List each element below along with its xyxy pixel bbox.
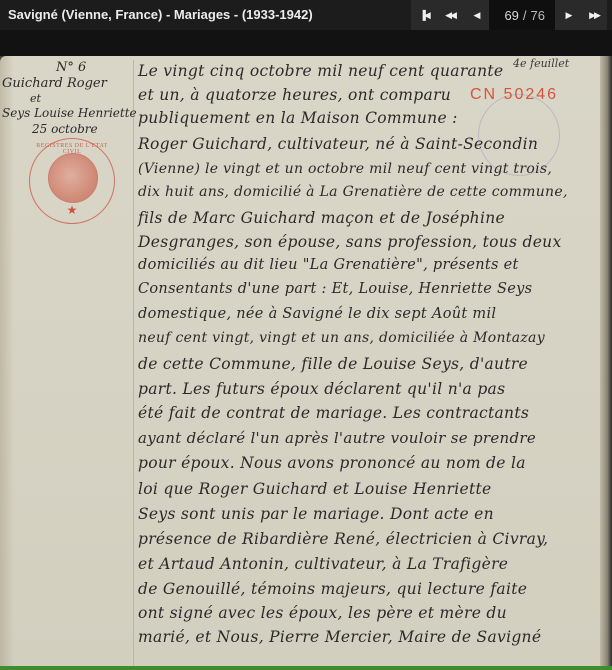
text-line: et Artaud Antonin, cultivateur, à La Tra… bbox=[138, 555, 508, 573]
text-line: loi que Roger Guichard et Louise Henriet… bbox=[138, 480, 492, 498]
text-line: Desgranges, son épouse, sans profession,… bbox=[138, 233, 562, 251]
previous-page-button[interactable]: ◀ bbox=[463, 0, 489, 30]
text-line: part. Les futurs époux déclarent qu'il n… bbox=[138, 380, 505, 398]
text-line: publiquement en la Maison Commune : bbox=[138, 109, 458, 127]
stamp-number: CN 50246 bbox=[470, 86, 558, 104]
text-line: Consentants d'une part : Et, Louise, Hen… bbox=[138, 281, 532, 297]
civil-registry-seal: REGISTRES DE L'ETAT CIVIL ★ bbox=[29, 138, 115, 224]
viewer-background bbox=[0, 30, 612, 56]
text-line: Roger Guichard, cultivateur, né à Saint-… bbox=[138, 135, 538, 153]
star-icon: ★ bbox=[30, 203, 114, 217]
text-line: Le vingt cinq octobre mil neuf cent quar… bbox=[138, 62, 503, 80]
viewer-bottom-bar bbox=[0, 666, 612, 670]
margin-et: et bbox=[30, 92, 41, 105]
margin-groom-name: Guichard Roger bbox=[2, 76, 107, 91]
text-line: dix huit ans, domicilié à La Grenatière … bbox=[138, 184, 568, 200]
text-line: pour époux. Nous avons prononcé au nom d… bbox=[138, 454, 526, 472]
next-page-button[interactable]: ▶ bbox=[555, 0, 581, 30]
text-line: domestique, née à Savigné le dix sept Ao… bbox=[138, 306, 496, 322]
fast-forward-icon: ▶▶ bbox=[589, 10, 599, 21]
margin-bride-name: Seys Louise Henriette bbox=[2, 106, 137, 120]
text-line: marié, et Nous, Pierre Mercier, Maire de… bbox=[138, 628, 541, 646]
nav-back-group: ▐◀ ◀◀ ◀ bbox=[411, 0, 489, 30]
page-navigation: ▐◀ ◀◀ ◀ 69 / 76 ▶ ▶▶ bbox=[411, 0, 607, 30]
page-indicator[interactable]: 69 / 76 bbox=[489, 0, 555, 30]
page-edge bbox=[600, 56, 612, 666]
fast-forward-button[interactable]: ▶▶ bbox=[581, 0, 607, 30]
margin-date: 25 octobre bbox=[32, 122, 98, 136]
first-page-button[interactable]: ▐◀ bbox=[411, 0, 437, 30]
text-line: Seys sont unis par le mariage. Dont acte… bbox=[138, 505, 494, 523]
fast-backward-button[interactable]: ◀◀ bbox=[437, 0, 463, 30]
nav-forward-group: ▶ ▶▶ bbox=[555, 0, 607, 30]
feuillet-note: 4e feuillet bbox=[513, 57, 569, 70]
text-line: été fait de contrat de mariage. Les cont… bbox=[138, 404, 529, 422]
first-page-icon: ▐◀ bbox=[419, 10, 428, 21]
register-title: Savigné (Vienne, France) - Mariages - (1… bbox=[8, 7, 313, 22]
total-pages: 76 bbox=[531, 8, 545, 23]
text-line: et un, à quatorze heures, ont comparu bbox=[138, 86, 451, 104]
fast-backward-icon: ◀◀ bbox=[445, 10, 455, 21]
text-line: de cette Commune, fille de Louise Seys, … bbox=[138, 355, 528, 373]
text-line: fils de Marc Guichard maçon et de Joséph… bbox=[138, 209, 505, 227]
page-separator: / bbox=[523, 8, 527, 23]
text-line: ont signé avec les époux, les père et mè… bbox=[138, 604, 507, 622]
marianne-medallion-icon bbox=[48, 153, 98, 203]
page-shadow bbox=[0, 56, 14, 666]
entry-number: N° 6 bbox=[56, 60, 86, 75]
current-page-input[interactable]: 69 bbox=[504, 8, 518, 23]
text-line: ayant déclaré l'un après l'autre vouloir… bbox=[138, 429, 536, 447]
viewer-toolbar: Savigné (Vienne, France) - Mariages - (1… bbox=[0, 0, 612, 30]
margin-rule bbox=[133, 60, 134, 666]
previous-icon: ◀ bbox=[474, 10, 479, 21]
next-icon: ▶ bbox=[566, 10, 571, 21]
text-line: neuf cent vingt, vingt et un ans, domici… bbox=[138, 330, 545, 346]
text-line: domiciliés au dit lieu "La Grenatière", … bbox=[138, 257, 519, 273]
text-line: de Genouillé, témoins majeurs, qui lectu… bbox=[138, 580, 527, 598]
text-line: (Vienne) le vingt et un octobre mil neuf… bbox=[138, 161, 552, 177]
text-line: présence de Ribardière René, électricien… bbox=[138, 530, 548, 548]
